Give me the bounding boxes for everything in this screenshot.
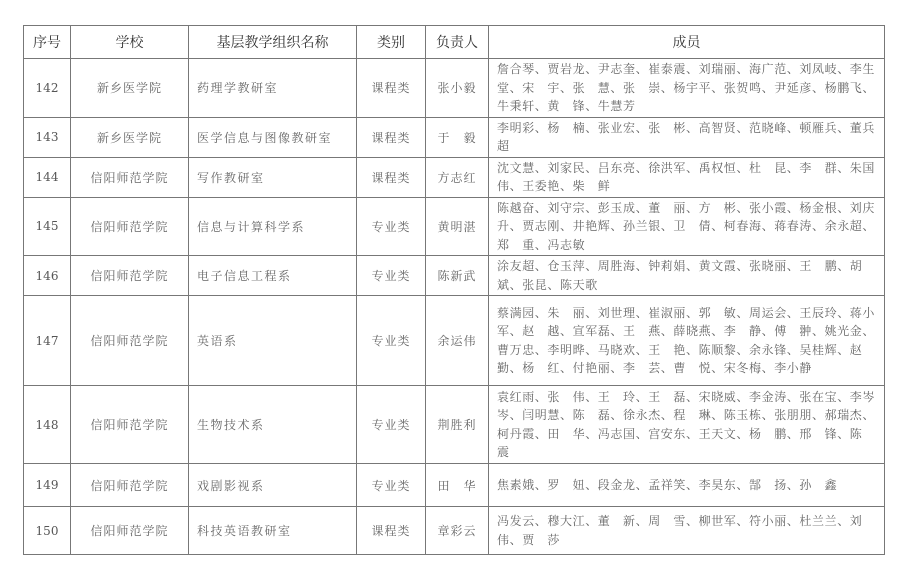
header-leader: 负责人 xyxy=(426,26,489,59)
cell-leader: 田 华 xyxy=(426,464,489,507)
cell-serial-number: 142 xyxy=(24,59,71,118)
cell-organization-name: 药理学教研室 xyxy=(189,59,357,118)
cell-category: 专业类 xyxy=(357,296,426,386)
cell-category: 课程类 xyxy=(357,507,426,555)
cell-members: 涂友超、仓玉萍、周胜海、钟莉娟、黄文霞、张晓丽、王 鹏、胡 斌、张昆、陈天歌 xyxy=(489,256,885,296)
cell-organization-name: 英语系 xyxy=(189,296,357,386)
table-row: 143 新乡医学院 医学信息与图像教研室 课程类 于 毅 李明彩、杨 楠、张业宏… xyxy=(24,117,885,157)
cell-organization-name: 信息与计算科学系 xyxy=(189,197,357,256)
cell-school: 信阳师范学院 xyxy=(71,197,189,256)
table-row: 150 信阳师范学院 科技英语教研室 课程类 章彩云 冯发云、穆大江、董 新、周… xyxy=(24,507,885,555)
cell-serial-number: 148 xyxy=(24,386,71,464)
header-category: 类别 xyxy=(357,26,426,59)
cell-leader: 荆胜利 xyxy=(426,386,489,464)
table-row: 142 新乡医学院 药理学教研室 课程类 张小毅 詹合琴、贾岩龙、尹志奎、崔泰震… xyxy=(24,59,885,118)
cell-serial-number: 145 xyxy=(24,197,71,256)
cell-organization-name: 科技英语教研室 xyxy=(189,507,357,555)
cell-serial-number: 149 xyxy=(24,464,71,507)
cell-members: 李明彩、杨 楠、张业宏、张 彬、高智贤、范晓峰、顿雁兵、董兵超 xyxy=(489,117,885,157)
cell-organization-name: 生物技术系 xyxy=(189,386,357,464)
cell-leader: 于 毅 xyxy=(426,117,489,157)
cell-members: 焦素娥、罗 妞、段金龙、孟祥笑、李昊东、郜 扬、孙 鑫 xyxy=(489,464,885,507)
cell-serial-number: 150 xyxy=(24,507,71,555)
cell-leader: 陈新武 xyxy=(426,256,489,296)
cell-school: 信阳师范学院 xyxy=(71,386,189,464)
cell-members: 沈文慧、刘家民、吕东亮、徐洪军、禹权恒、杜 昆、李 群、朱国伟、王委艳、柴 鲜 xyxy=(489,157,885,197)
cell-serial-number: 146 xyxy=(24,256,71,296)
cell-school: 新乡医学院 xyxy=(71,59,189,118)
cell-leader: 章彩云 xyxy=(426,507,489,555)
cell-serial-number: 144 xyxy=(24,157,71,197)
cell-members: 陈越奋、刘守宗、彭玉成、董 丽、方 彬、张小霞、杨金根、刘庆升、贾志刚、井艳辉、… xyxy=(489,197,885,256)
cell-school: 信阳师范学院 xyxy=(71,157,189,197)
cell-members: 冯发云、穆大江、董 新、周 雪、柳世军、符小丽、杜兰兰、刘 伟、贾 莎 xyxy=(489,507,885,555)
cell-school: 信阳师范学院 xyxy=(71,256,189,296)
table-row: 144 信阳师范学院 写作教研室 课程类 方志红 沈文慧、刘家民、吕东亮、徐洪军… xyxy=(24,157,885,197)
cell-members: 詹合琴、贾岩龙、尹志奎、崔泰震、刘瑞丽、海广范、刘凤岐、李生堂、宋 宇、张 慧、… xyxy=(489,59,885,118)
header-school: 学校 xyxy=(71,26,189,59)
teaching-organization-table: 序号 学校 基层教学组织名称 类别 负责人 成员 142 新乡医学院 药理学教研… xyxy=(23,25,885,555)
cell-category: 专业类 xyxy=(357,386,426,464)
cell-organization-name: 写作教研室 xyxy=(189,157,357,197)
cell-serial-number: 143 xyxy=(24,117,71,157)
cell-leader: 黄明湛 xyxy=(426,197,489,256)
cell-category: 课程类 xyxy=(357,157,426,197)
cell-school: 信阳师范学院 xyxy=(71,507,189,555)
cell-school: 新乡医学院 xyxy=(71,117,189,157)
table-row: 145 信阳师范学院 信息与计算科学系 专业类 黄明湛 陈越奋、刘守宗、彭玉成、… xyxy=(24,197,885,256)
table-row: 146 信阳师范学院 电子信息工程系 专业类 陈新武 涂友超、仓玉萍、周胜海、钟… xyxy=(24,256,885,296)
header-members: 成员 xyxy=(489,26,885,59)
cell-category: 课程类 xyxy=(357,59,426,118)
cell-category: 专业类 xyxy=(357,256,426,296)
cell-organization-name: 医学信息与图像教研室 xyxy=(189,117,357,157)
cell-organization-name: 戏剧影视系 xyxy=(189,464,357,507)
cell-leader: 张小毅 xyxy=(426,59,489,118)
header-organization-name: 基层教学组织名称 xyxy=(189,26,357,59)
cell-members: 袁红雨、张 伟、王 玲、王 磊、宋晓威、李金涛、张在宝、李岑岑、闫明慧、陈 磊、… xyxy=(489,386,885,464)
cell-school: 信阳师范学院 xyxy=(71,464,189,507)
cell-category: 专业类 xyxy=(357,464,426,507)
cell-leader: 余运伟 xyxy=(426,296,489,386)
table-row: 147 信阳师范学院 英语系 专业类 余运伟 蔡满园、朱 丽、刘世理、崔淑丽、郭… xyxy=(24,296,885,386)
header-serial-number: 序号 xyxy=(24,26,71,59)
cell-serial-number: 147 xyxy=(24,296,71,386)
cell-leader: 方志红 xyxy=(426,157,489,197)
cell-members: 蔡满园、朱 丽、刘世理、崔淑丽、郭 敏、周运会、王辰玲、蒋小军、赵 越、宣军磊、… xyxy=(489,296,885,386)
table-row: 149 信阳师范学院 戏剧影视系 专业类 田 华 焦素娥、罗 妞、段金龙、孟祥笑… xyxy=(24,464,885,507)
cell-category: 专业类 xyxy=(357,197,426,256)
table-row: 148 信阳师范学院 生物技术系 专业类 荆胜利 袁红雨、张 伟、王 玲、王 磊… xyxy=(24,386,885,464)
table-header-row: 序号 学校 基层教学组织名称 类别 负责人 成员 xyxy=(24,26,885,59)
cell-school: 信阳师范学院 xyxy=(71,296,189,386)
cell-organization-name: 电子信息工程系 xyxy=(189,256,357,296)
cell-category: 课程类 xyxy=(357,117,426,157)
